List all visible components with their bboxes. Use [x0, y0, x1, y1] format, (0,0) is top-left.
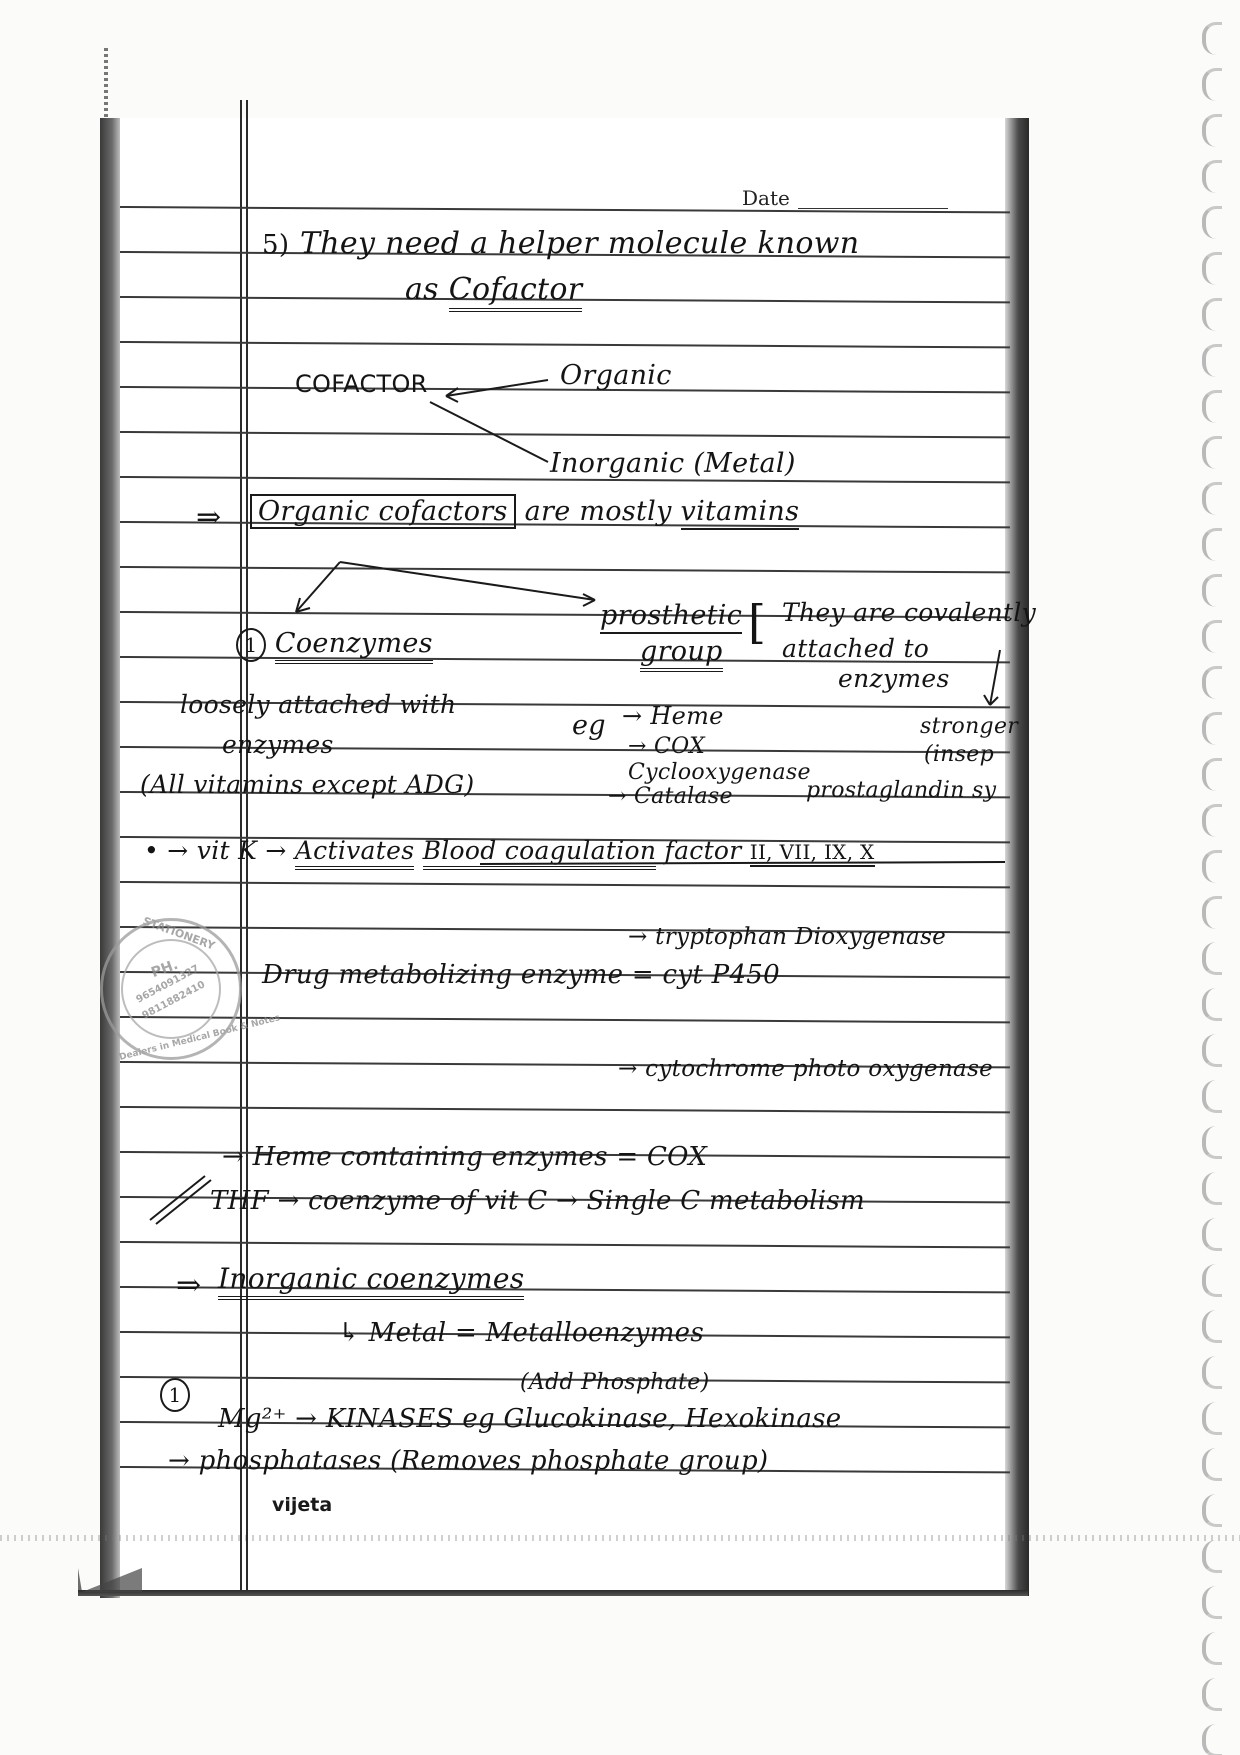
- prosthetic-eg-item: → COX: [628, 734, 705, 759]
- spiral-hole: [1202, 1724, 1222, 1755]
- spiral-hole: [1202, 666, 1222, 699]
- spiral-hole: [1202, 22, 1222, 55]
- cofactor-term: Cofactor: [449, 272, 583, 312]
- date-field-line: [798, 208, 948, 209]
- spiral-hole: [1202, 482, 1222, 515]
- spiral-hole: [1202, 1310, 1222, 1343]
- organic-cofactors-box: Organic cofactors: [250, 494, 516, 529]
- vitk-factors: II, VII, IX, X: [750, 840, 875, 867]
- organic-cofactors-line: Organic cofactors are mostly vitamins: [250, 496, 799, 527]
- spiral-hole: [1202, 988, 1222, 1021]
- prosthetic-eg-item: → Catalase: [608, 784, 733, 809]
- vitamins-term: vitamins: [681, 496, 800, 530]
- spiral-hole: [1202, 206, 1222, 239]
- cofactor-label: COFACTOR: [295, 370, 428, 398]
- signature: vijeta: [272, 1494, 332, 1516]
- spiral-hole: [1202, 1264, 1222, 1297]
- spiral-hole: [1202, 850, 1222, 883]
- thf-line: THF → coenzyme of vit C → Single C metab…: [210, 1186, 865, 1216]
- point5-line1: They need a helper molecule known: [300, 226, 859, 261]
- mg-kinases-line: Mg²⁺ → KINASES eg Glucokinase, Hexokinas…: [218, 1404, 841, 1434]
- spiral-hole: [1202, 1632, 1222, 1665]
- prosthetic-side-note: stronger: [920, 714, 1018, 739]
- cytochrome-line: → cytochrome photo oxygenase: [618, 1056, 993, 1082]
- spiral-hole: [1202, 436, 1222, 469]
- spiral-hole: [1202, 758, 1222, 791]
- spiral-hole: [1202, 1172, 1222, 1205]
- heme-containing-line: → Heme containing enzymes = COX: [222, 1142, 707, 1172]
- prosthetic-side-note: (insep: [924, 742, 994, 767]
- point-number: 5): [262, 230, 289, 260]
- spiral-hole: [1202, 298, 1222, 331]
- prosthetic-desc-1: They are covalently: [782, 598, 1036, 627]
- spiral-hole: [1202, 160, 1222, 193]
- prosthetic-bracket: [: [748, 612, 766, 632]
- spiral-hole: [1202, 1494, 1222, 1527]
- spiral-hole: [1202, 68, 1222, 101]
- page-corner-fold: [78, 1568, 142, 1592]
- prosthetic-desc-3: enzymes: [838, 664, 950, 693]
- spiral-hole: [1202, 712, 1222, 745]
- binding-edge-dashes: [104, 48, 108, 120]
- item1-number: 1: [160, 1378, 190, 1412]
- spiral-hole: [1202, 620, 1222, 653]
- tryptophan-line: → tryptophan Dioxygenase: [628, 924, 946, 950]
- inorganic-heading: Inorganic coenzymes: [218, 1262, 524, 1300]
- spiral-hole: [1202, 942, 1222, 975]
- spiral-hole: [1202, 528, 1222, 561]
- cofactor-organic: Organic: [560, 360, 672, 391]
- point5-line2: as Cofactor: [405, 272, 582, 307]
- spiral-hole: [1202, 1034, 1222, 1067]
- spiral-hole: [1202, 344, 1222, 377]
- spiral-hole: [1202, 252, 1222, 285]
- spiral-hole: [1202, 1356, 1222, 1389]
- page-bottom-edge: [78, 1590, 1028, 1596]
- arrow-organic: ⇒: [196, 500, 221, 535]
- coenzymes-heading: 1 Coenzymes: [236, 628, 433, 662]
- spiral-hole: [1202, 1080, 1222, 1113]
- spiral-hole: [1202, 114, 1222, 147]
- date-label: Date: [742, 186, 790, 210]
- prosthetic-eg-item: Cyclooxygenase: [628, 760, 811, 785]
- prosthetic-eg-item: → Heme: [622, 702, 724, 730]
- spiral-hole: [1202, 1402, 1222, 1435]
- coenzymes-number: 1: [236, 628, 266, 662]
- spiral-hole: [1202, 896, 1222, 929]
- stationery-stamp: STATIONERY PH. 9654091327 9811882410 Dea…: [100, 918, 242, 1060]
- spiral-hole: [1202, 1586, 1222, 1619]
- coenzymes-note: (All vitamins except ADG): [140, 770, 474, 799]
- page-edge-shadow: [1005, 118, 1029, 1596]
- scan-noise-band: [0, 1535, 1240, 1541]
- arrow-inorganic: ⇒: [176, 1268, 201, 1303]
- spiral-hole: [1202, 574, 1222, 607]
- spiral-hole: [1202, 804, 1222, 837]
- prosthetic-desc-2: attached to: [782, 634, 929, 663]
- metal-line: ↳ Metal = Metalloenzymes: [338, 1318, 704, 1348]
- cofactor-inorganic: Inorganic (Metal): [550, 448, 796, 479]
- spiral-hole: [1202, 1540, 1222, 1573]
- add-phosphate-note: (Add Phosphate): [520, 1370, 709, 1395]
- prosthetic-heading-1: prosthetic: [600, 600, 742, 634]
- prosthetic-eg-label: eg: [572, 710, 606, 741]
- coenzymes-desc-1: loosely attached with: [180, 690, 456, 719]
- prosthetic-side-note: prostaglandin sy: [806, 778, 996, 803]
- spiral-hole: [1202, 1126, 1222, 1159]
- binding-shadow: [100, 118, 120, 1598]
- spiral-hole: [1202, 390, 1222, 423]
- vitk-line: • → vit K → Activates Blood coagulation …: [144, 836, 875, 865]
- spiral-hole: [1202, 1218, 1222, 1251]
- vitk-action: Activates: [295, 836, 415, 870]
- phosphatases-line: → phosphatases (Removes phosphate group): [168, 1446, 768, 1476]
- spiral-hole: [1202, 1448, 1222, 1481]
- spiral-hole: [1202, 1678, 1222, 1711]
- vitk-target: Blood coagulation: [423, 836, 657, 870]
- coenzymes-desc-2: enzymes: [222, 730, 334, 759]
- drug-metabolizing-line: Drug metabolizing enzyme = cyt P450: [262, 960, 780, 990]
- prosthetic-heading-2: group: [640, 636, 723, 672]
